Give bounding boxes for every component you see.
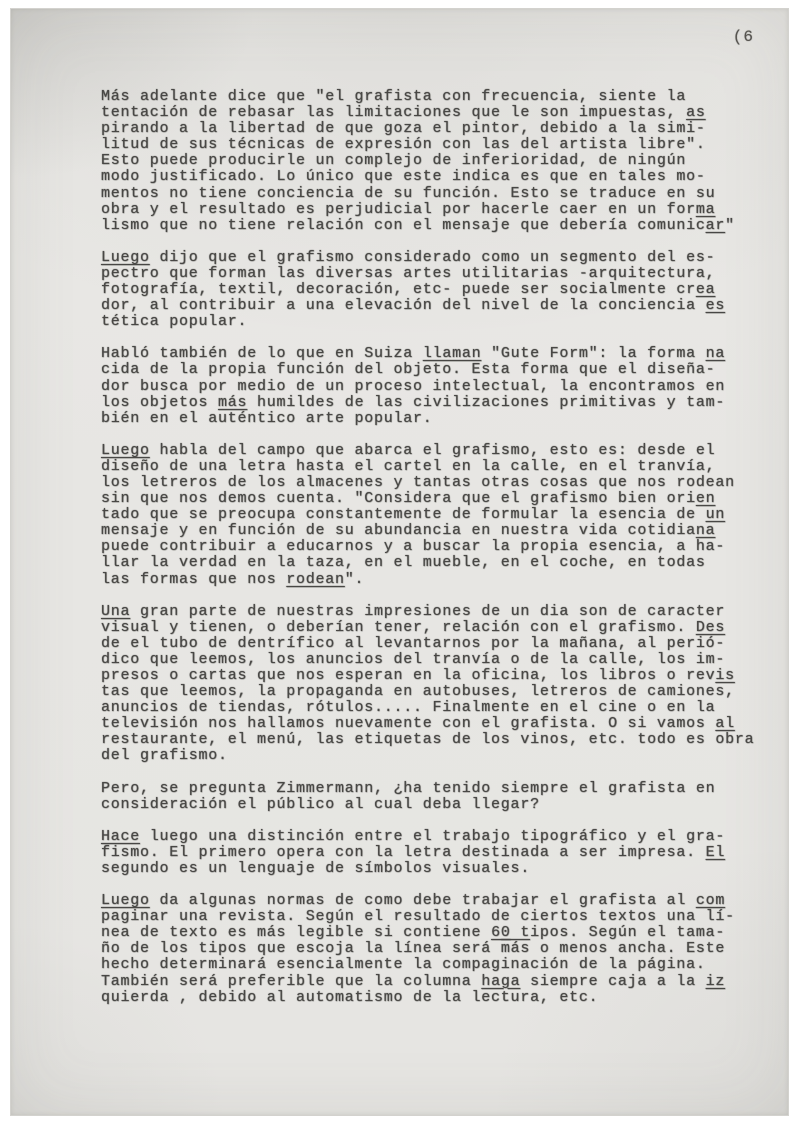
text-line: tética popular. — [101, 314, 791, 330]
document-page: (6 Más adelante dice que "el grafista co… — [10, 8, 789, 1116]
text-line: fotografía, textil, decoración, etc- pue… — [101, 282, 791, 298]
text-line: anuncios de tiendas, rótulos..... Finalm… — [101, 700, 791, 716]
text-line: Más adelante dice que "el grafista con f… — [101, 89, 791, 105]
paragraph: Habló también de lo que en Suiza llaman … — [101, 346, 791, 426]
text-line: ño de los tipos que escoja la línea será… — [101, 941, 791, 957]
text-line: litud de sus técnicas de expresión con l… — [101, 137, 791, 153]
text-line: diseño de una letra hasta el cartel en l… — [101, 459, 791, 475]
text-line: nea de texto es más legible si contiene … — [101, 925, 791, 941]
text-line: dor, al contribuir a una elevación del n… — [101, 298, 791, 314]
scan-frame: (6 Más adelante dice que "el grafista co… — [0, 0, 800, 1127]
text-line: Luego da algunas normas de como debe tra… — [101, 893, 791, 909]
text-line: Habló también de lo que en Suiza llaman … — [101, 346, 791, 362]
text-line: tentación de rebasar las limitaciones qu… — [101, 105, 791, 121]
paragraph: Luego da algunas normas de como debe tra… — [101, 893, 791, 1006]
text-line: segundo es un lenguaje de símbolos visua… — [101, 861, 791, 877]
text-line: Una gran parte de nuestras impresiones d… — [101, 604, 791, 620]
text-line: visual y tienen, o deberían tener, relac… — [101, 620, 791, 636]
text-line: los letreros de los almacenes y tantas o… — [101, 475, 791, 491]
text-line: obra y el resultado es perjudicial por h… — [101, 202, 791, 218]
text-line: quierda , debido al automatismo de la le… — [101, 990, 791, 1006]
paragraph: Más adelante dice que "el grafista con f… — [101, 89, 791, 234]
text-line: Luego habla del campo que abarca el graf… — [101, 443, 791, 459]
text-line: tado que se preocupa constantemente de f… — [101, 507, 791, 523]
text-line: presos o cartas que nos esperan en la of… — [101, 668, 791, 684]
text-line: los objetos más humildes de las civiliza… — [101, 395, 791, 411]
text-line: pirando a la libertad de que goza el pin… — [101, 121, 791, 137]
text-line: televisión nos hallamos nuevamente con e… — [101, 716, 791, 732]
paragraph: Luego habla del campo que abarca el graf… — [101, 443, 791, 588]
text-line: dor busca por medio de un proceso intele… — [101, 379, 791, 395]
text-line: mensaje y en función de su abundancia en… — [101, 523, 791, 539]
page-number: (6 — [733, 28, 754, 46]
text-line: paginar una revista. Según el resultado … — [101, 909, 791, 925]
text-line: las formas que nos rodean". — [101, 572, 791, 588]
text-line: del grafismo. — [101, 748, 791, 764]
text-line: hecho determinará esencialmente la compa… — [101, 957, 791, 973]
paragraph: Hace luego una distinción entre el traba… — [101, 829, 791, 877]
paragraph: Una gran parte de nuestras impresiones d… — [101, 604, 791, 765]
text-line: de el tubo de dentrífico al levantarnos … — [101, 636, 791, 652]
text-line: pectro que forman las diversas artes uti… — [101, 266, 791, 282]
text-line: bién en el auténtico arte popular. — [101, 411, 791, 427]
text-line: mentos no tiene conciencia de su función… — [101, 186, 791, 202]
text-line: También será preferible que la columna h… — [101, 974, 791, 990]
paragraph: Luego dijo que el grafismo considerado c… — [101, 250, 791, 330]
paragraph: Pero, se pregunta Zimmermann, ¿ha tenido… — [101, 781, 791, 813]
text-line: tas que leemos, la propaganda en autobus… — [101, 684, 791, 700]
text-line: dico que leemos, los anuncios del tranví… — [101, 652, 791, 668]
text-line: consideración el público al cual deba ll… — [101, 797, 791, 813]
text-line: llar la verdad en la taza, en el mueble,… — [101, 555, 791, 571]
document-text: Más adelante dice que "el grafista con f… — [101, 89, 791, 1022]
text-line: Pero, se pregunta Zimmermann, ¿ha tenido… — [101, 781, 791, 797]
text-line: Luego dijo que el grafismo considerado c… — [101, 250, 791, 266]
text-line: lismo que no tiene relación con el mensa… — [101, 218, 791, 234]
text-line: fismo. El primero opera con la letra des… — [101, 845, 791, 861]
text-line: cida de la propia función del objeto. Es… — [101, 362, 791, 378]
text-line: modo justificado. Lo único que este indi… — [101, 169, 791, 185]
text-line: Hace luego una distinción entre el traba… — [101, 829, 791, 845]
text-line: sin que nos demos cuenta. "Considera que… — [101, 491, 791, 507]
